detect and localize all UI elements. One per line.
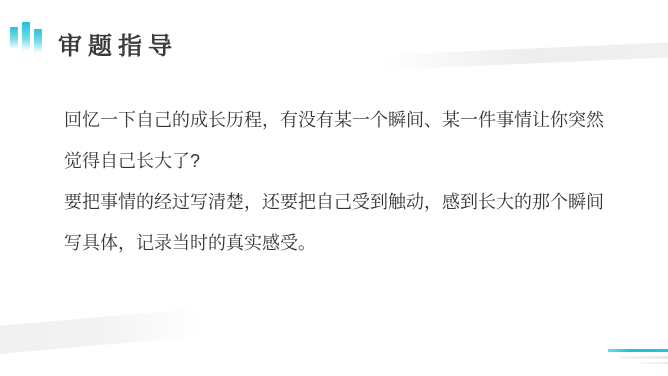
accent-line-gray-2 (641, 362, 668, 364)
bar-chart-icon-bar (22, 22, 30, 51)
decor-swoosh-bottom-left (0, 308, 205, 356)
accent-line-teal (608, 349, 668, 352)
slide-title: 审题指导 (58, 26, 178, 61)
slide-header: 审题指导 (0, 0, 668, 70)
bar-chart-icon (10, 22, 44, 56)
presentation-slide: 审题指导 回忆一下自己的成长历程，有没有某一个瞬间、某一件事情让你突然觉得自己长… (0, 0, 668, 376)
slide-body: 回忆一下自己的成长历程，有没有某一个瞬间、某一件事情让你突然觉得自己长大了? 要… (64, 100, 609, 264)
bar-chart-icon-bar (34, 29, 42, 53)
accent-line-gray-1 (619, 356, 668, 359)
body-paragraph-2: 要把事情的经过写清楚，还要把自己受到触动，感到长大的那个瞬间写具体，记录当时的真… (64, 182, 609, 264)
bar-chart-icon-bar (10, 27, 18, 49)
body-paragraph-1: 回忆一下自己的成长历程，有没有某一个瞬间、某一件事情让你突然觉得自己长大了? (64, 100, 609, 182)
